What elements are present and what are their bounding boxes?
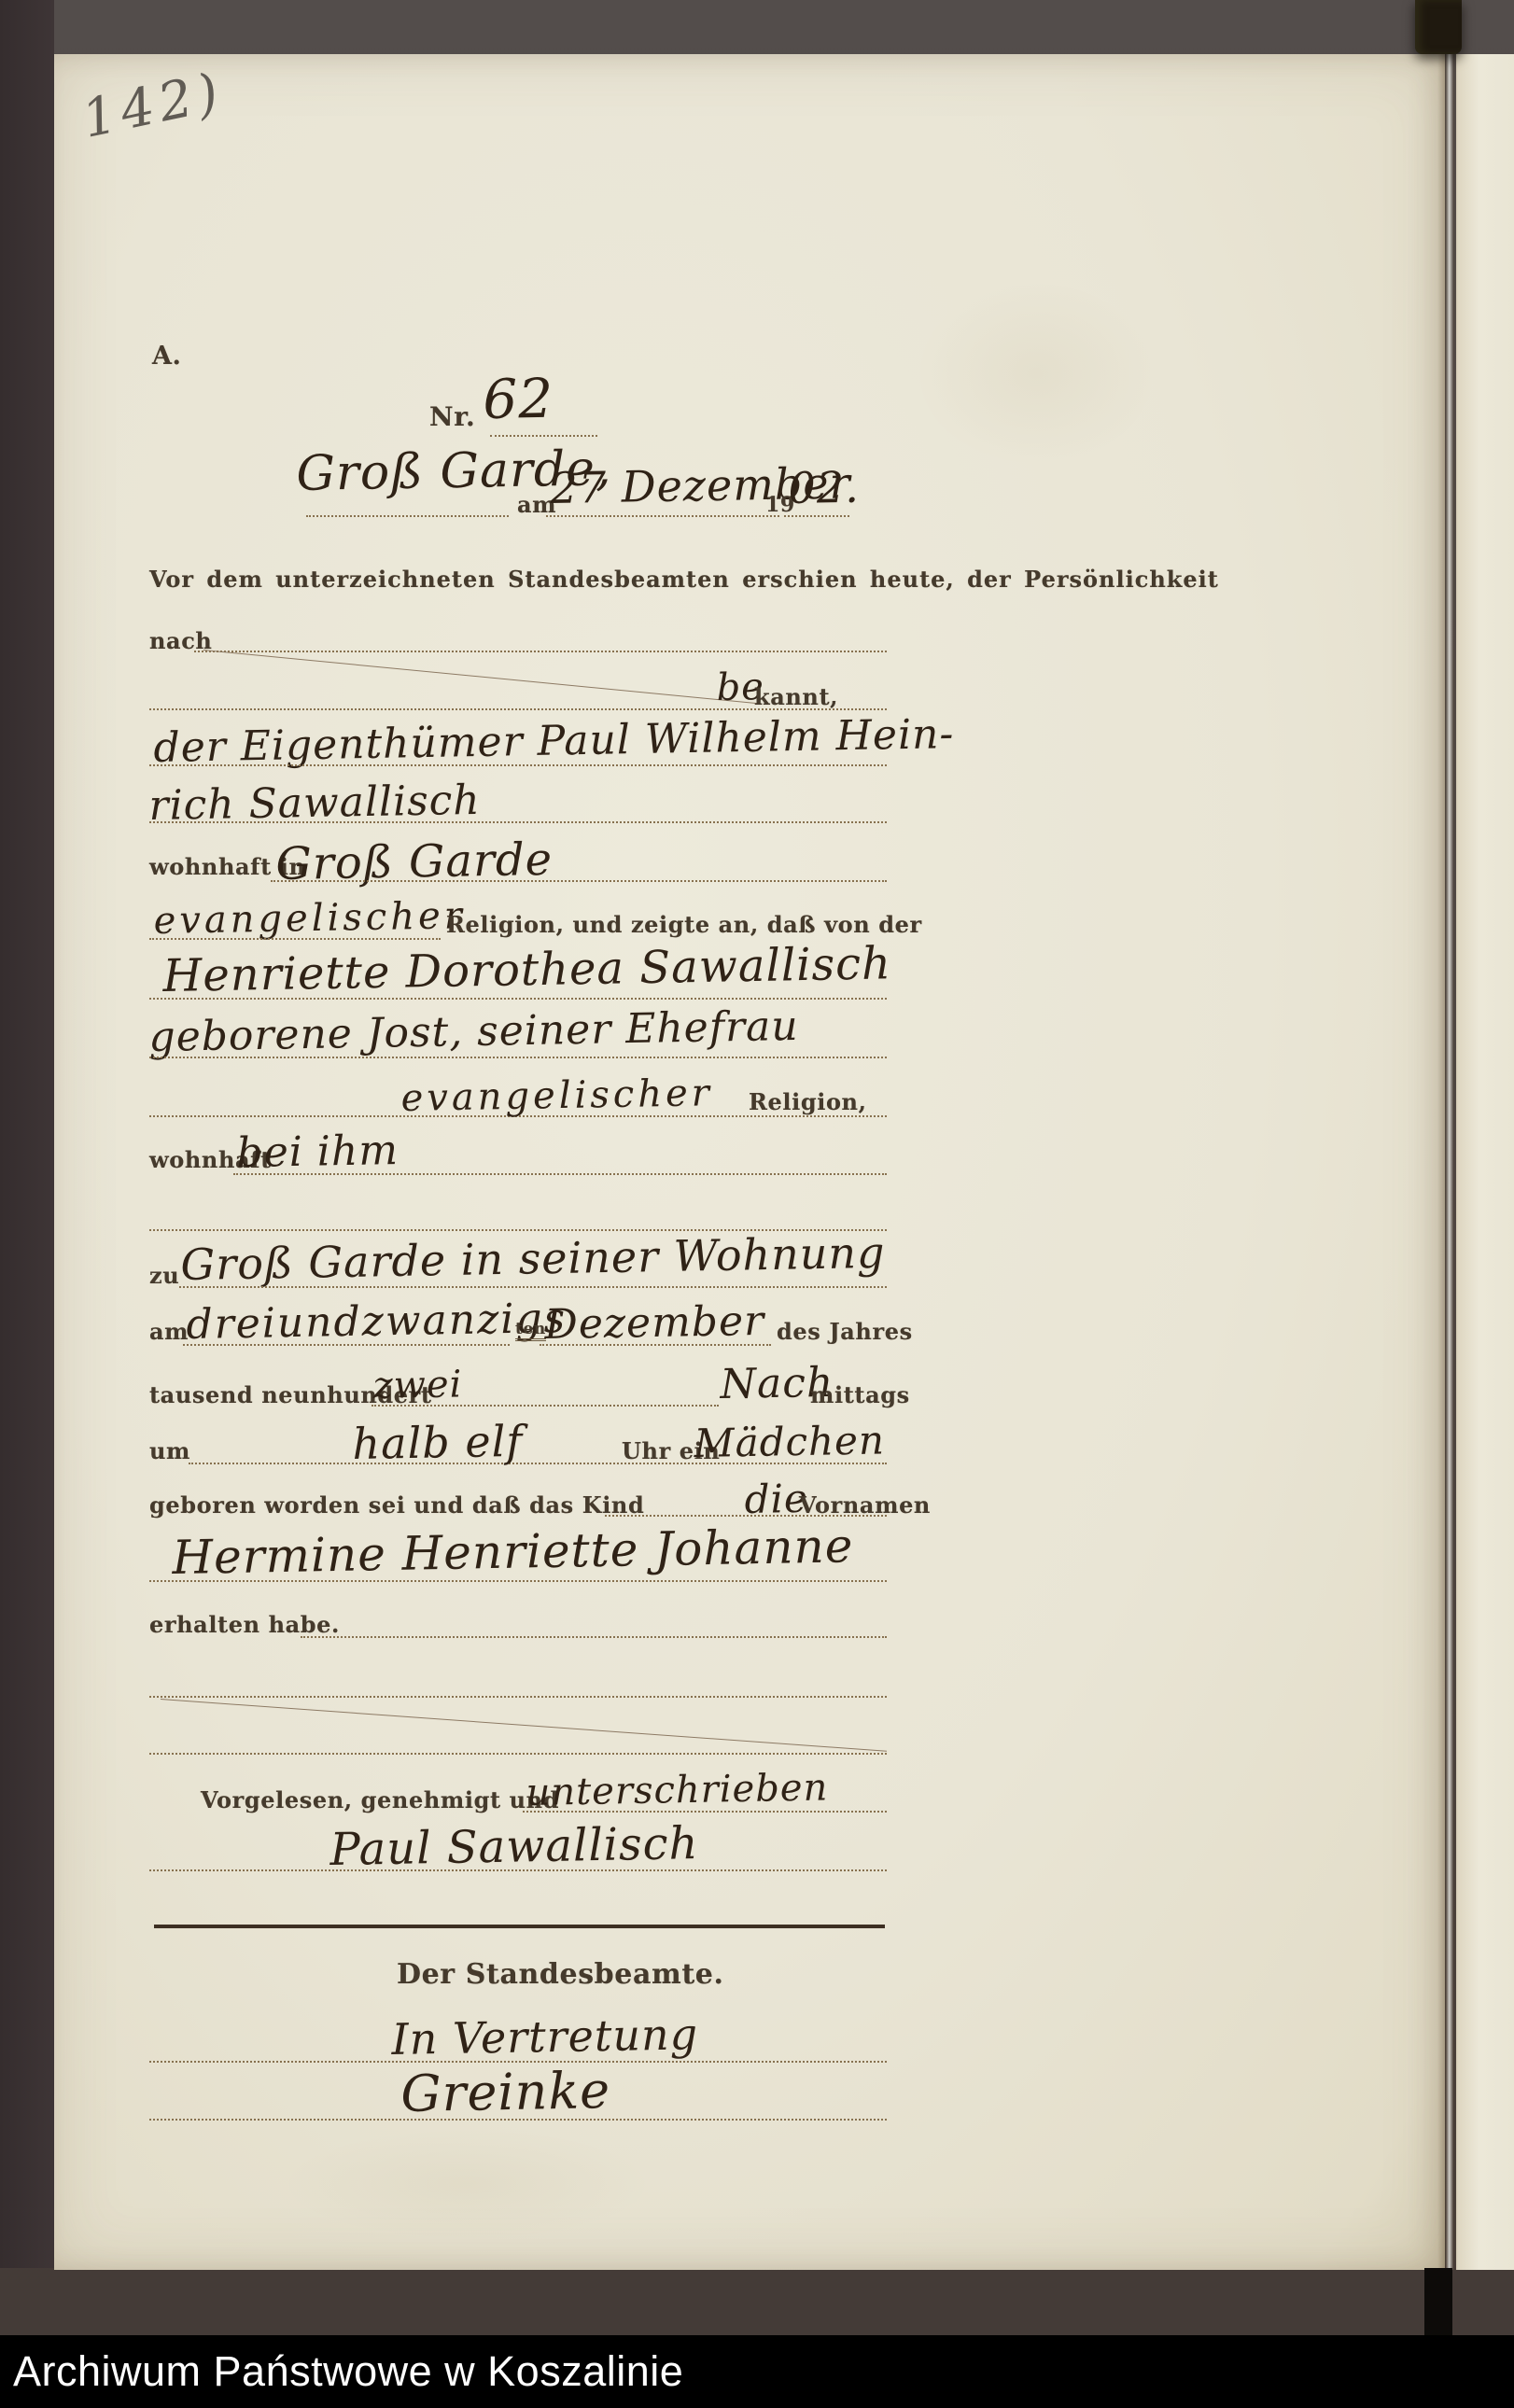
birth-time-handwritten: halb elf xyxy=(352,1416,524,1469)
unterschrieben-handwritten: unterschrieben xyxy=(526,1766,828,1814)
ruled-line xyxy=(540,1344,771,1346)
erhalten-label: erhalten habe. xyxy=(149,1611,340,1638)
section-divider-line xyxy=(154,1925,885,1928)
record-number-label: Nr. xyxy=(429,401,475,432)
ruled-line xyxy=(149,998,887,1000)
vornamen-label: Vornamen xyxy=(799,1491,931,1519)
ruled-line xyxy=(149,1580,887,1582)
archive-watermark-bar: Archiwum Państwowe w Koszalinie xyxy=(0,2335,1514,2408)
backdrop-left-strip xyxy=(0,0,54,2408)
archive-name: Archiwum Państwowe w Koszalinie xyxy=(13,2347,683,2396)
paper-stain xyxy=(280,2128,653,2240)
ruled-line xyxy=(149,1696,887,1698)
birth-month-handwritten: Dezember xyxy=(544,1297,764,1349)
adjacent-page-edge xyxy=(1456,54,1514,2270)
declarant-signature-handwritten: Paul Sawallisch xyxy=(329,1817,699,1876)
section-letter: A. xyxy=(152,342,182,371)
vorgelesen-label: Vorgelesen, genehmigt und xyxy=(201,1786,559,1813)
ten-suffix-label: ten xyxy=(515,1320,546,1341)
ruled-line xyxy=(183,1344,510,1346)
year-words-handwritten: zwei xyxy=(372,1363,463,1407)
ruled-line xyxy=(149,1869,887,1871)
ruled-line xyxy=(149,2119,887,2121)
mother-residence-handwritten: bei ihm xyxy=(236,1127,399,1177)
ruled-line xyxy=(149,938,441,940)
am2-label: am xyxy=(149,1318,189,1345)
religion2-label: Religion, xyxy=(749,1088,867,1115)
ruled-line xyxy=(784,515,849,517)
paper-stain xyxy=(915,280,1157,467)
book-binding-tab xyxy=(1415,0,1462,54)
ruled-line xyxy=(523,1811,887,1813)
ruled-line xyxy=(179,1286,887,1288)
father-religion-handwritten: evangelischer xyxy=(153,894,466,943)
ruled-line xyxy=(149,821,887,823)
deputy-note-handwritten: In Vertretung xyxy=(391,2009,698,2065)
kannt-label: kannt, xyxy=(754,683,838,710)
ruled-line xyxy=(306,515,509,517)
backdrop-below-paper xyxy=(0,2268,1514,2335)
um-label: um xyxy=(149,1437,190,1464)
mother-religion-handwritten: evangelischer xyxy=(400,1071,713,1120)
zu-label: zu xyxy=(149,1262,179,1289)
ruled-line xyxy=(233,1173,887,1175)
mittags-label: mittags xyxy=(810,1381,910,1408)
gutter-shadow xyxy=(1424,2268,1452,2335)
intro-paragraph: Vor dem unterzeichneten Standesbeamten e… xyxy=(149,566,1219,593)
ruled-line xyxy=(371,1405,719,1407)
religion-anzeige-label: Religion, und zeigte an, daß von der xyxy=(446,911,922,938)
registrar-title: Der Standesbeamte. xyxy=(397,1958,724,1991)
ruled-line xyxy=(149,1057,887,1058)
book-gutter-crease xyxy=(1437,54,1458,2270)
des-jahres-label: des Jahres xyxy=(777,1318,913,1345)
ruled-line xyxy=(301,1636,887,1638)
scanned-registry-photo: { "archive_bar": { "label": "Archiwum Pa… xyxy=(0,0,1514,2408)
dateline-year-handwritten: 02. xyxy=(788,462,860,513)
ruled-line xyxy=(194,651,887,652)
geboren-label: geboren worden sei und daß das Kind xyxy=(149,1491,644,1519)
child-sex-handwritten: Mädchen xyxy=(694,1417,885,1466)
ruled-line xyxy=(149,764,887,766)
registrar-signature-handwritten: Greinke xyxy=(400,2061,611,2123)
record-number-value: 62 xyxy=(483,367,554,431)
ruled-line xyxy=(271,880,887,882)
ruled-line xyxy=(149,1753,887,1755)
ruled-line xyxy=(546,515,779,517)
birth-day-handwritten: dreiundzwanzigs xyxy=(186,1295,567,1349)
ruled-line xyxy=(490,435,597,437)
